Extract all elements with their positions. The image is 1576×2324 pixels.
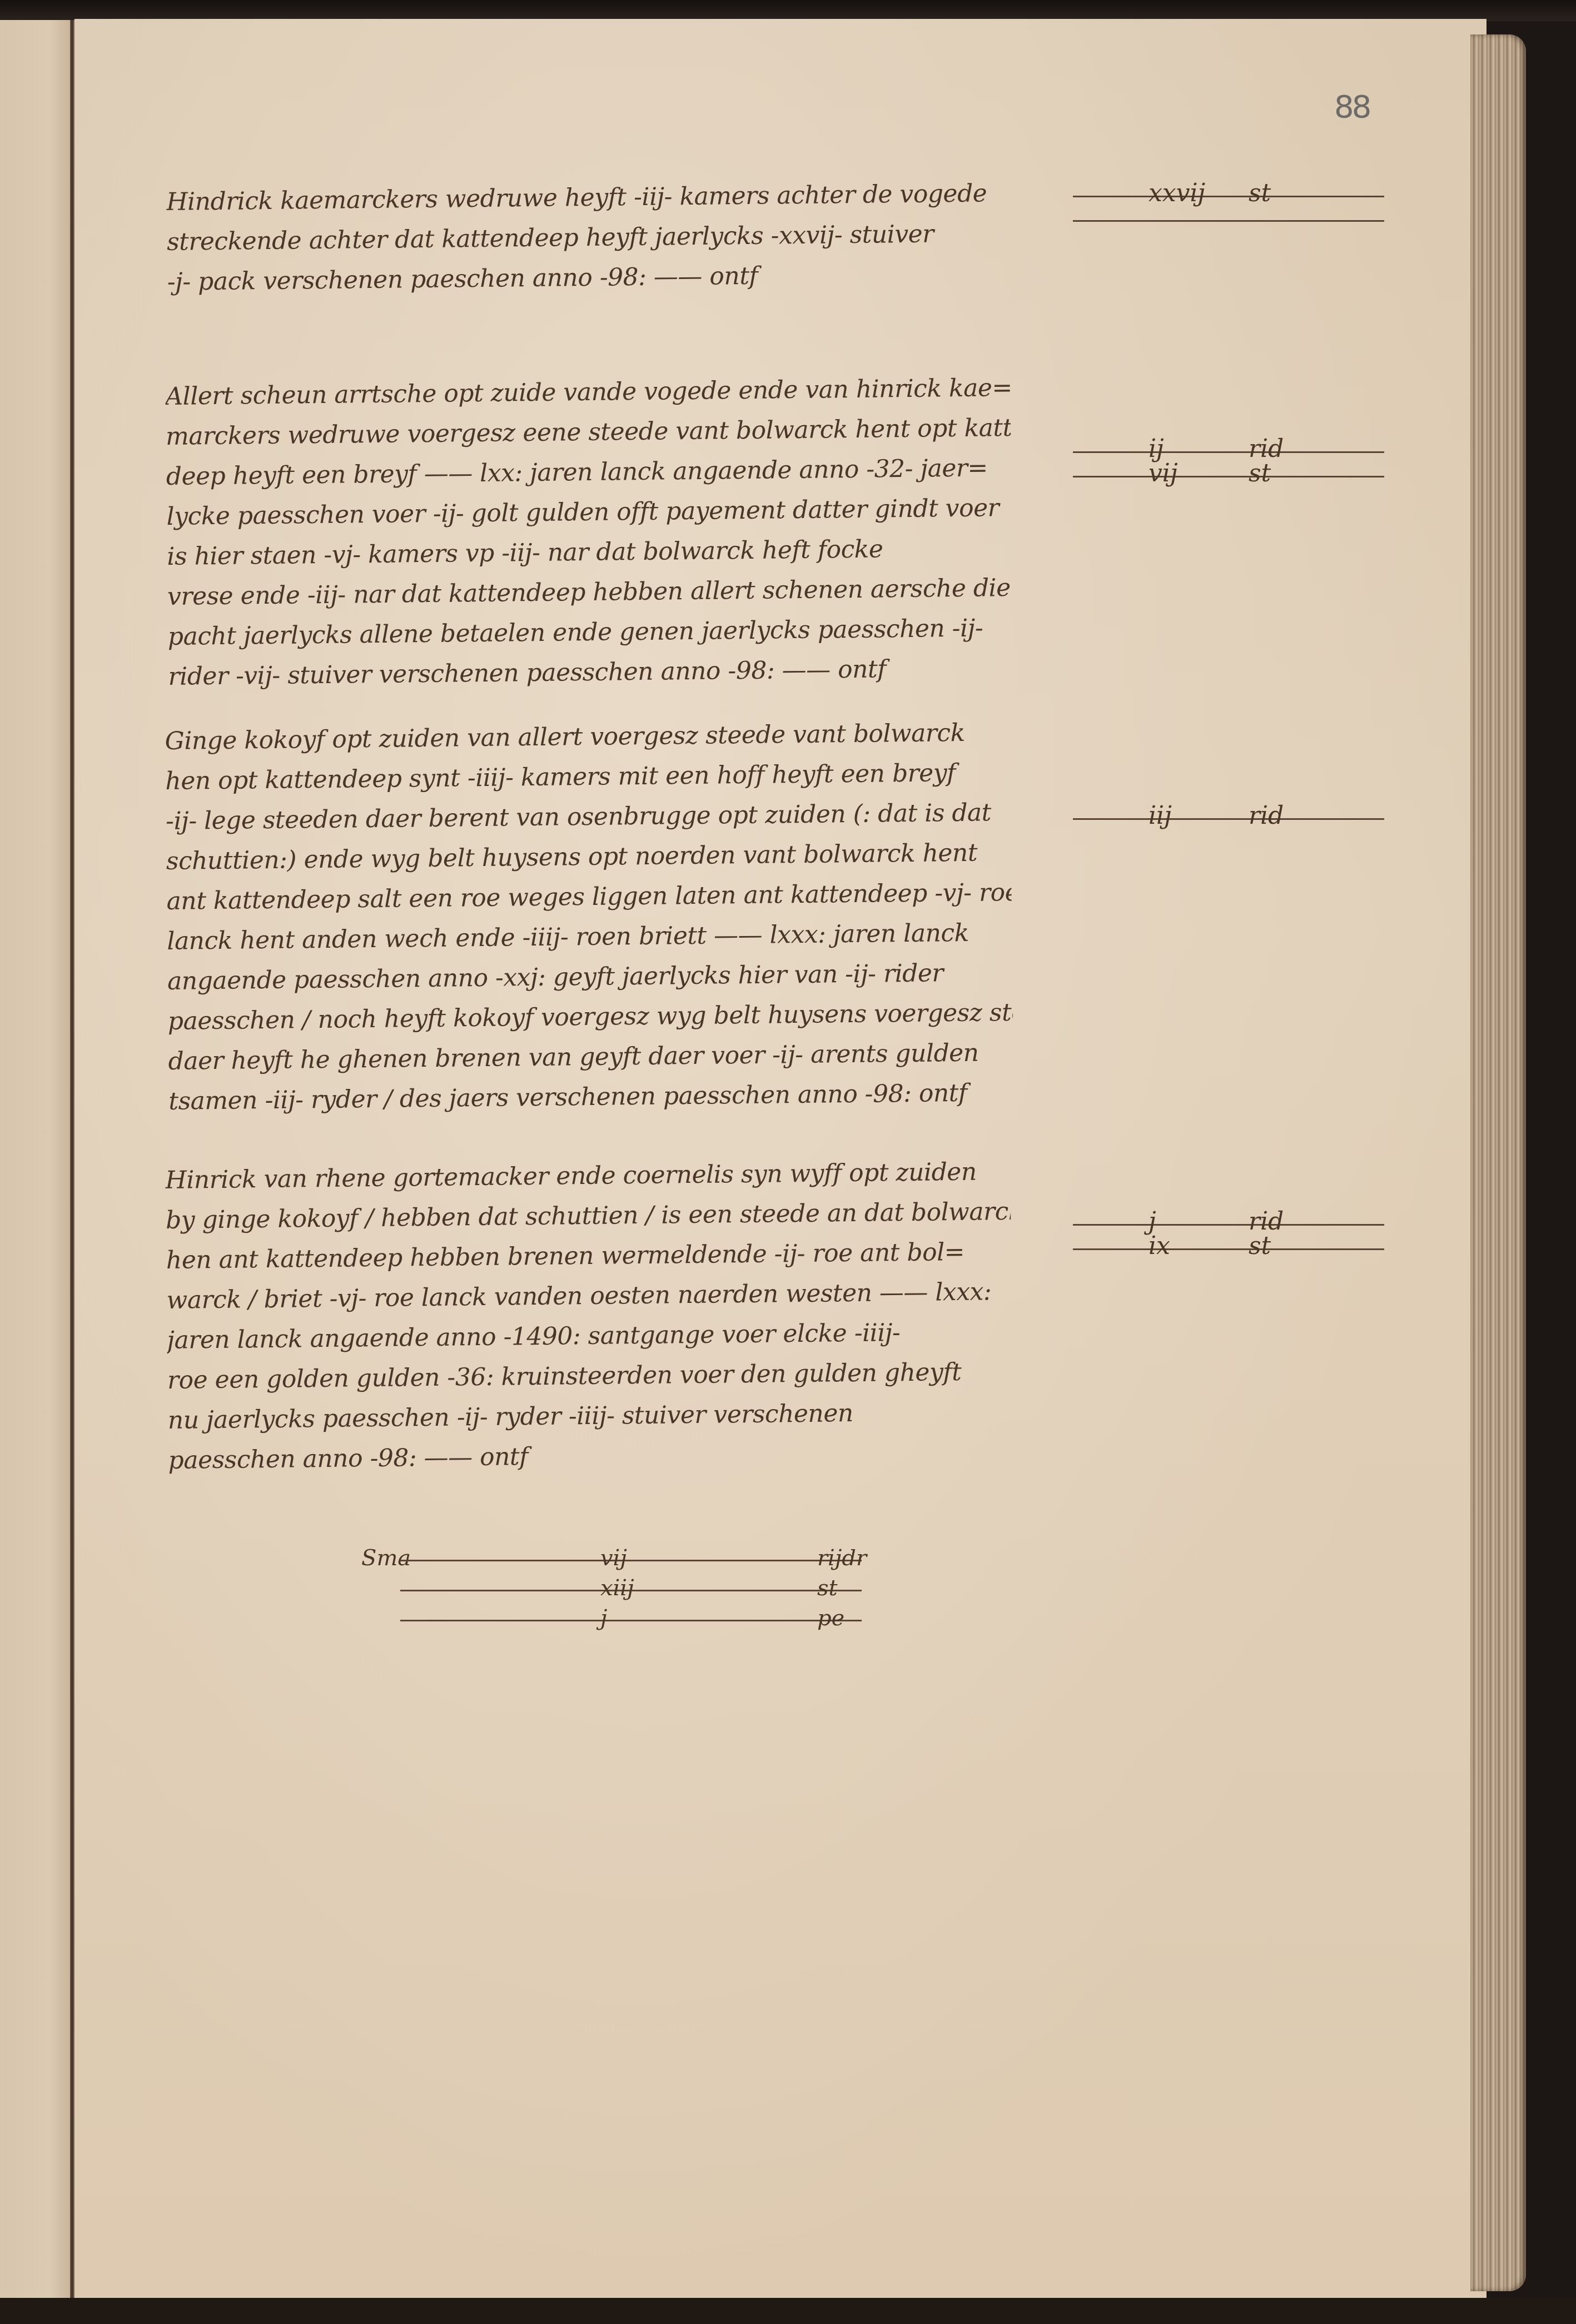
ruled-line [1073, 220, 1384, 222]
scan-background-top [0, 0, 1576, 21]
ledger-entry: Hinrick van rhene gortemacker ende coern… [165, 1152, 1013, 1481]
margin-amount: xxvij st [1073, 183, 1384, 232]
margin-amount: iij rid [1073, 806, 1384, 830]
amount-row: ix st [1073, 1236, 1384, 1261]
ruled-line [1073, 818, 1384, 820]
summa-unit: st [817, 1575, 838, 1601]
fore-edge-page-stack [1470, 34, 1526, 2291]
summa-amount: xiij [600, 1575, 634, 1601]
facing-page-edge [0, 20, 71, 2298]
amount-row: ij rid [1073, 439, 1384, 464]
summa-total: Sma vij rijdr xiij st j pe [361, 1545, 895, 1635]
summa-row: xiij st [361, 1575, 895, 1605]
summa-unit: pe [817, 1605, 844, 1631]
amount-value: ix [1145, 1234, 1174, 1258]
amount-row: vij st [1073, 464, 1384, 488]
ruled-line [1073, 1224, 1384, 1226]
summa-row: j pe [361, 1605, 895, 1635]
amount-value: iij [1145, 804, 1175, 828]
amount-unit: rid [1245, 1210, 1287, 1234]
amount-unit: st [1245, 461, 1274, 486]
summa-label: Sma [361, 1545, 411, 1571]
margin-amount: j rid ix st [1073, 1212, 1384, 1261]
ruled-line [400, 1620, 862, 1621]
amount-row [1073, 208, 1384, 232]
amount-value: ij [1145, 437, 1167, 461]
ledger-entry: Allert scheun arrtsche opt zuide vande v… [165, 368, 1013, 697]
ruled-line [1073, 196, 1384, 197]
ruled-line [400, 1560, 862, 1561]
amount-unit: st [1245, 1234, 1274, 1258]
ruled-line [1073, 1248, 1384, 1250]
summa-amount: j [600, 1605, 607, 1631]
book-gutter [70, 20, 74, 2298]
summa-unit: rijdr [817, 1545, 867, 1571]
amount-unit: rid [1245, 437, 1287, 461]
summa-row: Sma vij rijdr [361, 1545, 895, 1575]
ruled-line [1073, 476, 1384, 477]
folio-number: 88 [1334, 89, 1369, 125]
ruled-line [1073, 451, 1384, 453]
scan-background-bottom [0, 2298, 1576, 2324]
ledger-entry: Hindrick kaemarckers wedruwe heyft -iij-… [166, 173, 1012, 302]
amount-row: iij rid [1073, 806, 1384, 830]
amount-value: j [1145, 1210, 1160, 1234]
amount-row: xxvij st [1073, 183, 1384, 208]
summa-amount: vij [600, 1545, 627, 1571]
amount-unit: rid [1245, 804, 1287, 828]
amount-value: vij [1145, 461, 1181, 486]
ledger-entry: Ginge kokoyf opt zuiden van allert voerg… [165, 713, 1013, 1122]
amount-unit: st [1245, 181, 1274, 206]
amount-value: xxvij [1145, 181, 1209, 206]
amount-row: j rid [1073, 1212, 1384, 1236]
margin-amount: ij rid vij st [1073, 439, 1384, 488]
